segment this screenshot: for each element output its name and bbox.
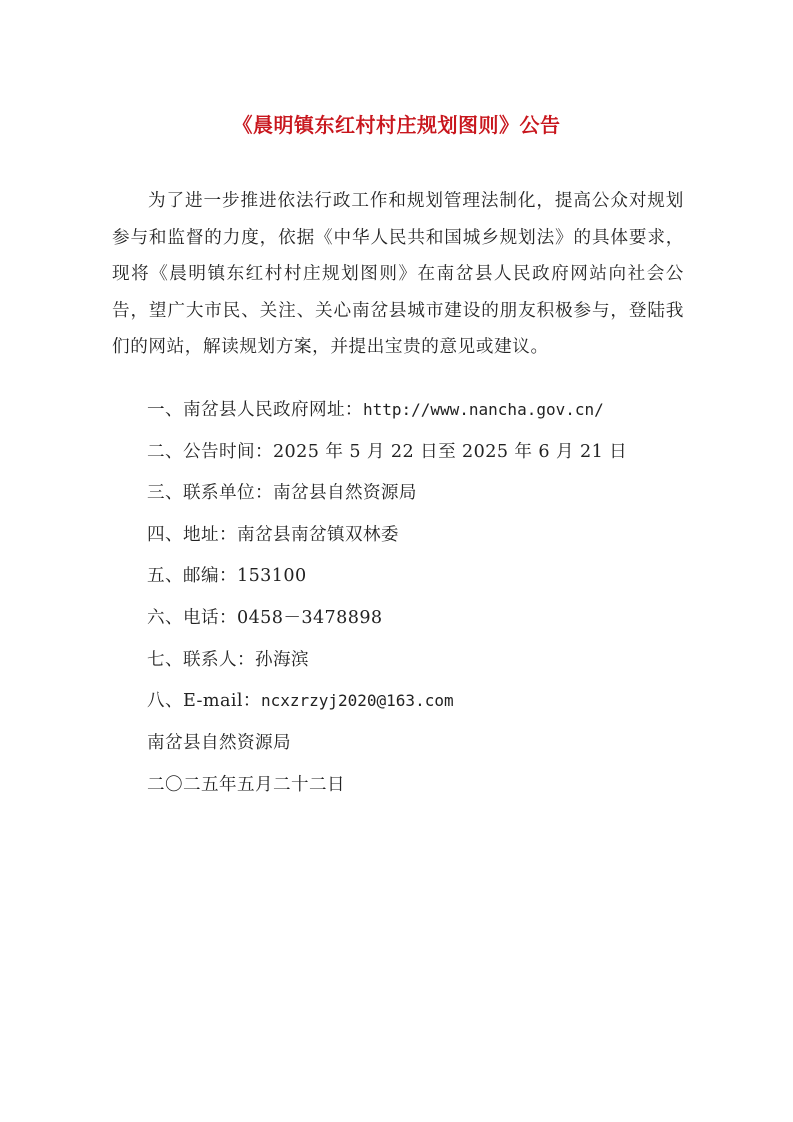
document-title: 《晨明镇东红村村庄规划图则》公告 — [0, 108, 793, 142]
item-value: 南岔县南岔镇双林委 — [237, 525, 399, 545]
item-label: 六、电话： — [147, 608, 237, 628]
signature-date: 二〇二五年五月二十二日 — [147, 769, 345, 801]
item-label: 五、邮编： — [147, 566, 237, 586]
item-value: 0458－3478898 — [237, 608, 383, 628]
item-value: 153100 — [237, 566, 307, 586]
item-website: 一、南岔县人民政府网址：http://www.nancha.gov.cn/ — [147, 394, 687, 436]
item-value: 2025 年 5 月 22 日至 2025 年 6 月 21 日 — [273, 442, 627, 462]
item-email: 八、E-mail：ncxzrzyj2020@163.com — [147, 685, 687, 727]
intro-paragraph: 为了进一步推进依法行政工作和规划管理法制化，提高公众对规划参与和监督的力度，依据… — [112, 183, 684, 366]
document-page: 《晨明镇东红村村庄规划图则》公告 为了进一步推进依法行政工作和规划管理法制化，提… — [0, 0, 793, 1122]
item-label: 七、联系人： — [147, 650, 255, 670]
item-postcode: 五、邮编：153100 — [147, 560, 687, 602]
item-label: 二、公告时间： — [147, 442, 273, 462]
item-label: 四、地址： — [147, 525, 237, 545]
item-value: 孙海滨 — [255, 650, 309, 670]
email-link[interactable]: ncxzrzyj2020@163.com — [261, 691, 454, 710]
item-value: 南岔县自然资源局 — [273, 483, 417, 503]
website-link[interactable]: http://www.nancha.gov.cn/ — [363, 400, 604, 419]
notice-items-list: 一、南岔县人民政府网址：http://www.nancha.gov.cn/ 二、… — [147, 394, 687, 727]
item-phone: 六、电话：0458－3478898 — [147, 602, 687, 644]
signature-organization: 南岔县自然资源局 — [147, 727, 291, 759]
item-label: 一、南岔县人民政府网址： — [147, 400, 363, 420]
item-contact-person: 七、联系人：孙海滨 — [147, 644, 687, 686]
item-address: 四、地址：南岔县南岔镇双林委 — [147, 519, 687, 561]
item-label: 八、E-mail： — [147, 691, 261, 711]
item-contact-unit: 三、联系单位：南岔县自然资源局 — [147, 477, 687, 519]
item-notice-period: 二、公告时间：2025 年 5 月 22 日至 2025 年 6 月 21 日 — [147, 436, 687, 478]
item-label: 三、联系单位： — [147, 483, 273, 503]
